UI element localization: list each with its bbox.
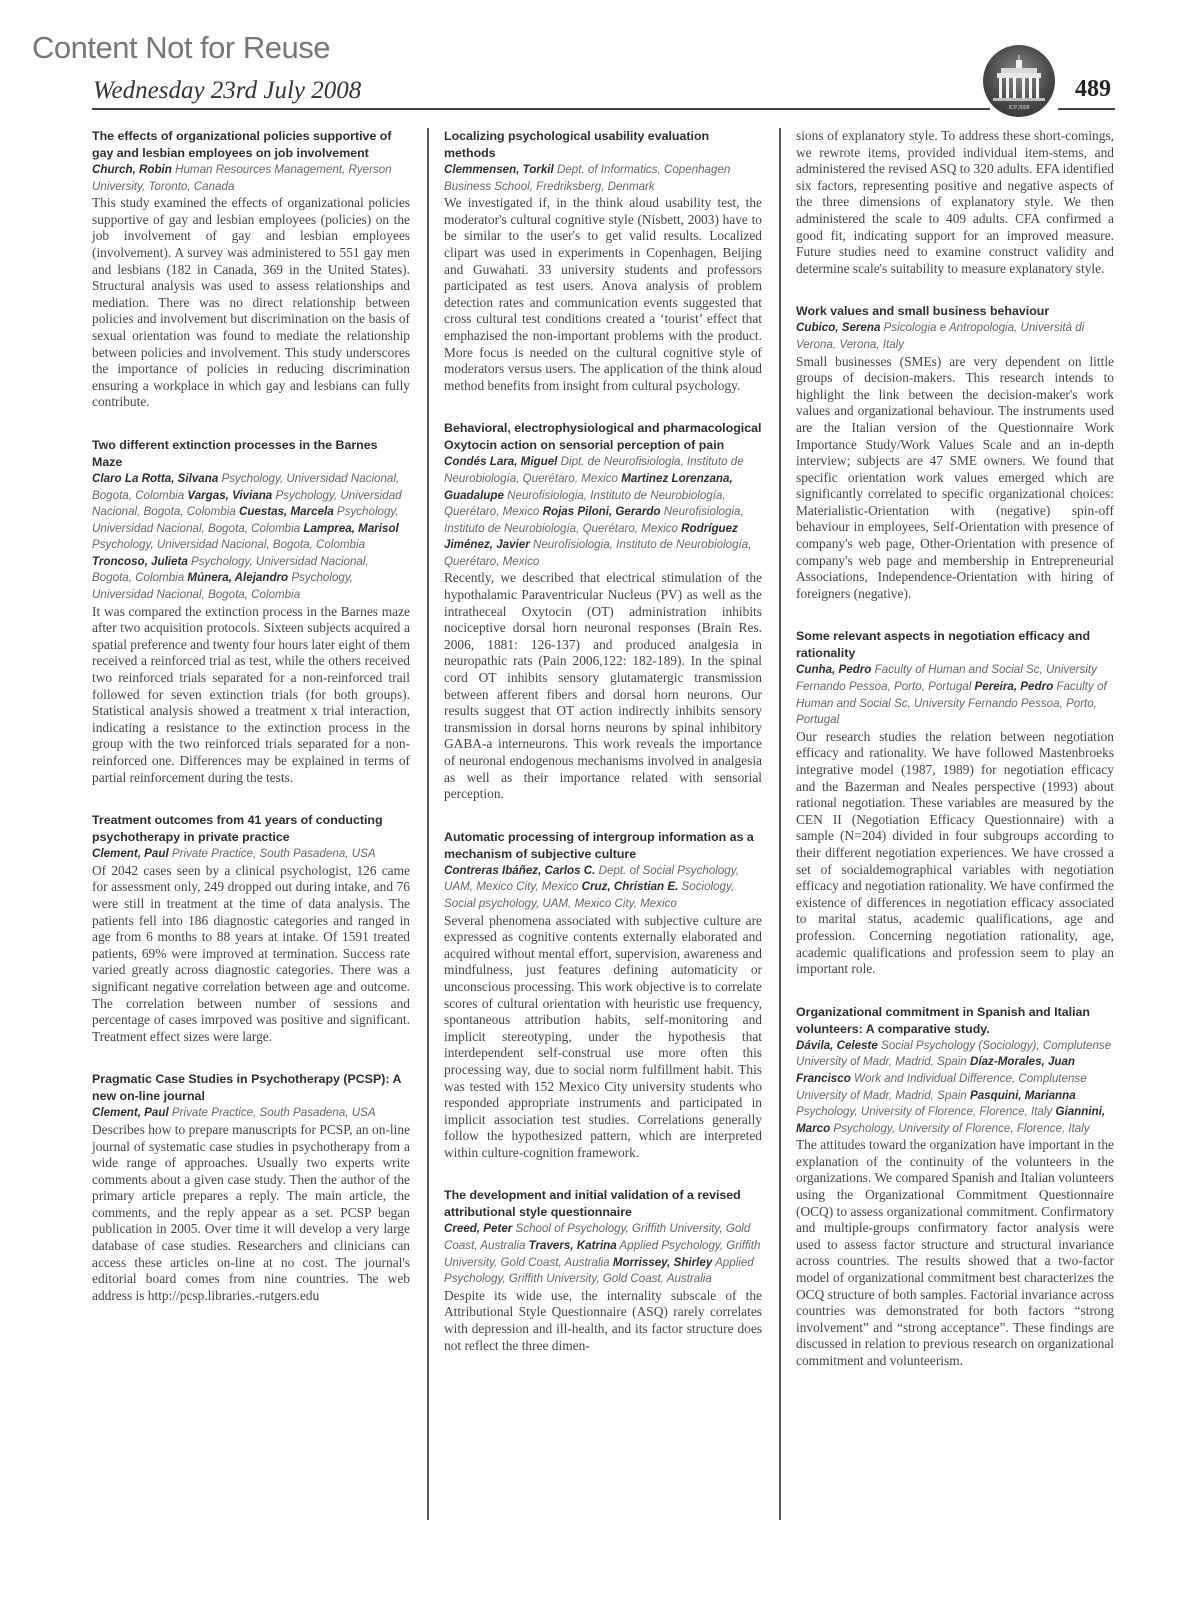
author-name: Cubico, Serena xyxy=(796,321,880,334)
abstract-authors: Clemmensen, Torkil Dept. of Informatics,… xyxy=(444,162,762,195)
author-name: Clement, Paul xyxy=(92,847,169,860)
author-name: Rojas Piloni, Gerardo xyxy=(543,505,661,518)
abstract-title: Pragmatic Case Studies in Psychotherapy … xyxy=(92,1071,410,1105)
author-name: Múnera, Alejandro xyxy=(187,571,288,584)
abstract: Localizing psychological usability evalu… xyxy=(444,128,762,394)
author-name: Contreras Ibáñez, Carlos C. xyxy=(444,864,595,877)
abstract: Work values and small business behaviour… xyxy=(796,303,1114,602)
abstract-authors: Cubico, Serena Psicologia e Antropologia… xyxy=(796,320,1114,353)
author-affiliation: Psychology, University of Florence, Flor… xyxy=(796,1105,1052,1118)
header-rule xyxy=(92,108,990,110)
abstract: Automatic processing of intergroup infor… xyxy=(444,829,762,1162)
abstract-authors: Clement, Paul Private Practice, South Pa… xyxy=(92,846,410,863)
abstract: Treatment outcomes from 41 years of cond… xyxy=(92,812,410,1045)
column-divider xyxy=(779,128,781,1520)
abstract: The development and initial validation o… xyxy=(444,1187,762,1354)
abstract-body: The attitudes toward the organization ha… xyxy=(796,1137,1114,1369)
abstract-title: Two different extinction processes in th… xyxy=(92,437,410,471)
abstract-body: Our research studies the relation betwee… xyxy=(796,729,1114,978)
abstract-body-continuation: sions of explanatory style. To address t… xyxy=(796,128,1114,277)
column-2: Localizing psychological usability evalu… xyxy=(444,128,762,1380)
abstract-body: This study examined the effects of organ… xyxy=(92,195,410,411)
abstract-title: Some relevant aspects in negotiation eff… xyxy=(796,628,1114,662)
author-affiliation: Psychology, Universidad Nacional, Bogota… xyxy=(92,538,365,551)
author-name: Vargas, Viviana xyxy=(187,489,272,502)
author-affiliation: Private Practice, South Pasadena, USA xyxy=(172,1106,376,1119)
abstract-body: Despite its wide use, the internality su… xyxy=(444,1288,762,1354)
abstract: Behavioral, electrophysiological and pha… xyxy=(444,420,762,802)
author-name: Cuestas, Marcela xyxy=(239,505,334,518)
abstract-columns: The effects of organizational policies s… xyxy=(92,128,1118,1528)
author-name: Pereira, Pedro xyxy=(975,680,1054,693)
abstract: Two different extinction processes in th… xyxy=(92,437,410,786)
abstract-authors: Contreras Ibáñez, Carlos C. Dept. of Soc… xyxy=(444,863,762,913)
author-name: Cruz, Christian E. xyxy=(582,880,679,893)
abstract-title: Organizational commitment in Spanish and… xyxy=(796,1004,1114,1038)
running-head-date: Wednesday 23rd July 2008 xyxy=(93,77,361,105)
header-rule xyxy=(1058,108,1115,110)
abstract-title: The development and initial validation o… xyxy=(444,1187,762,1221)
author-name: Clemmensen, Torkil xyxy=(444,163,554,176)
author-name: Dávila, Celeste xyxy=(796,1039,878,1052)
author-name: Morrissey, Shirley xyxy=(613,1256,712,1269)
abstract-title: Treatment outcomes from 41 years of cond… xyxy=(92,812,410,846)
author-name: Cunha, Pedro xyxy=(796,663,871,676)
author-affiliation: Private Practice, South Pasadena, USA xyxy=(172,847,376,860)
brandenburg-gate-icon: ICP 2008 xyxy=(983,45,1055,117)
author-name: Creed, Peter xyxy=(444,1222,512,1235)
abstract-title: The effects of organizational policies s… xyxy=(92,128,410,162)
abstract-title: Behavioral, electrophysiological and pha… xyxy=(444,420,762,454)
abstract: Organizational commitment in Spanish and… xyxy=(796,1004,1114,1370)
abstract-authors: Creed, Peter School of Psychology, Griff… xyxy=(444,1221,762,1287)
abstract-authors: Claro La Rotta, Silvana Psychology, Univ… xyxy=(92,471,410,604)
column-divider xyxy=(427,128,429,1520)
abstract-title: Localizing psychological usability evalu… xyxy=(444,128,762,162)
abstract-body: Of 2042 cases seen by a clinical psychol… xyxy=(92,863,410,1046)
abstract-title: Automatic processing of intergroup infor… xyxy=(444,829,762,863)
abstract: Some relevant aspects in negotiation eff… xyxy=(796,628,1114,977)
abstract-body: Several phenomena associated with subjec… xyxy=(444,913,762,1162)
abstract-body: Small businesses (SMEs) are very depende… xyxy=(796,354,1114,603)
page-number: 489 xyxy=(1075,76,1111,103)
author-name: Travers, Katrina xyxy=(529,1239,617,1252)
abstract-authors: Clement, Paul Private Practice, South Pa… xyxy=(92,1105,410,1122)
abstract-body: Recently, we described that electrical s… xyxy=(444,570,762,802)
abstract-body: We investigated if, in the think aloud u… xyxy=(444,195,762,394)
abstract-title: Work values and small business behaviour xyxy=(796,303,1114,320)
abstract: The effects of organizational policies s… xyxy=(92,128,410,411)
abstract-body: It was compared the extinction process i… xyxy=(92,604,410,787)
logo-label: ICP 2008 xyxy=(1009,105,1030,111)
abstract-body: Describes how to prepare manuscripts for… xyxy=(92,1122,410,1305)
author-name: Condés Lara, Miguel xyxy=(444,455,557,468)
column-3: sions of explanatory style. To address t… xyxy=(796,128,1114,1396)
author-name: Pasquini, Marianna xyxy=(970,1089,1076,1102)
abstract-authors: Church, Robin Human Resources Management… xyxy=(92,162,410,195)
author-affiliation: Psychology, University of Florence, Flor… xyxy=(833,1122,1089,1135)
author-name: Lamprea, Marisol xyxy=(303,522,398,535)
abstract-authors: Condés Lara, Miguel Dipt. de Neurofisiol… xyxy=(444,454,762,570)
column-1: The effects of organizational policies s… xyxy=(92,128,410,1330)
abstract-authors: Cunha, Pedro Faculty of Human and Social… xyxy=(796,662,1114,728)
watermark: Content Not for Reuse xyxy=(32,30,330,66)
author-name: Church, Robin xyxy=(92,163,172,176)
abstract: Pragmatic Case Studies in Psychotherapy … xyxy=(92,1071,410,1304)
author-name: Troncoso, Julieta xyxy=(92,555,188,568)
author-name: Claro La Rotta, Silvana xyxy=(92,472,218,485)
author-name: Clement, Paul xyxy=(92,1106,169,1119)
abstract-authors: Dávila, Celeste Social Psychology (Socio… xyxy=(796,1038,1114,1138)
